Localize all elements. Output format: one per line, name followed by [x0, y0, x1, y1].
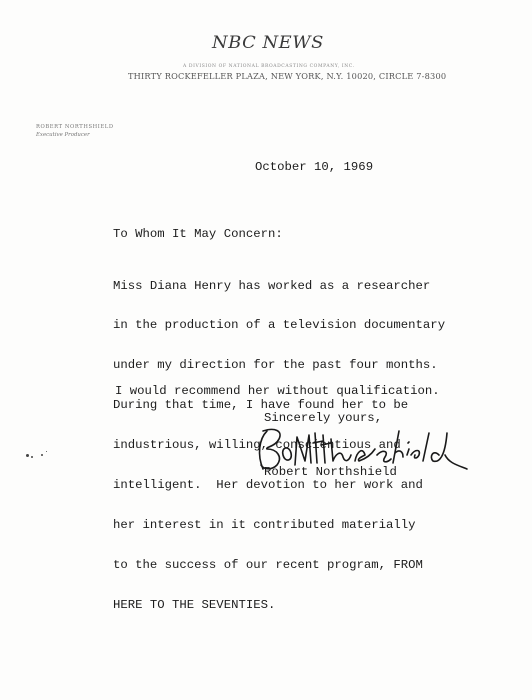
- closing: Sincerely yours,: [264, 411, 382, 425]
- recommendation: I would recommend her without qualificat…: [115, 384, 440, 398]
- paper-speck: [31, 456, 33, 458]
- letter-date: October 10, 1969: [255, 160, 373, 174]
- body-line: her interest in it contributed materiall…: [113, 519, 445, 532]
- body-line: Miss Diana Henry has worked as a researc…: [113, 280, 445, 293]
- address-line: THIRTY ROCKEFELLER PLAZA, NEW YORK, N.Y.…: [128, 71, 446, 81]
- salutation: To Whom It May Concern:: [113, 227, 283, 241]
- division-line: A Division of National Broadcasting Comp…: [183, 64, 355, 69]
- paper-speck: [26, 454, 29, 457]
- paper-speck: [41, 454, 43, 456]
- body-line: in the production of a television docume…: [113, 319, 445, 332]
- sender-name: Robert Northshield: [36, 124, 114, 130]
- paper-speck: [46, 451, 47, 452]
- body-line: under my direction for the past four mon…: [113, 359, 445, 372]
- body-line: to the success of our recent program, FR…: [113, 559, 445, 572]
- organization-logo: NBC NEWS: [212, 33, 324, 53]
- body-line: HERE TO THE SEVENTIES.: [113, 599, 445, 612]
- signature-name: Robert Northshield: [264, 465, 397, 479]
- body-line: intelligent. Her devotion to her work an…: [113, 479, 445, 492]
- sender-title: Executive Producer: [36, 132, 90, 138]
